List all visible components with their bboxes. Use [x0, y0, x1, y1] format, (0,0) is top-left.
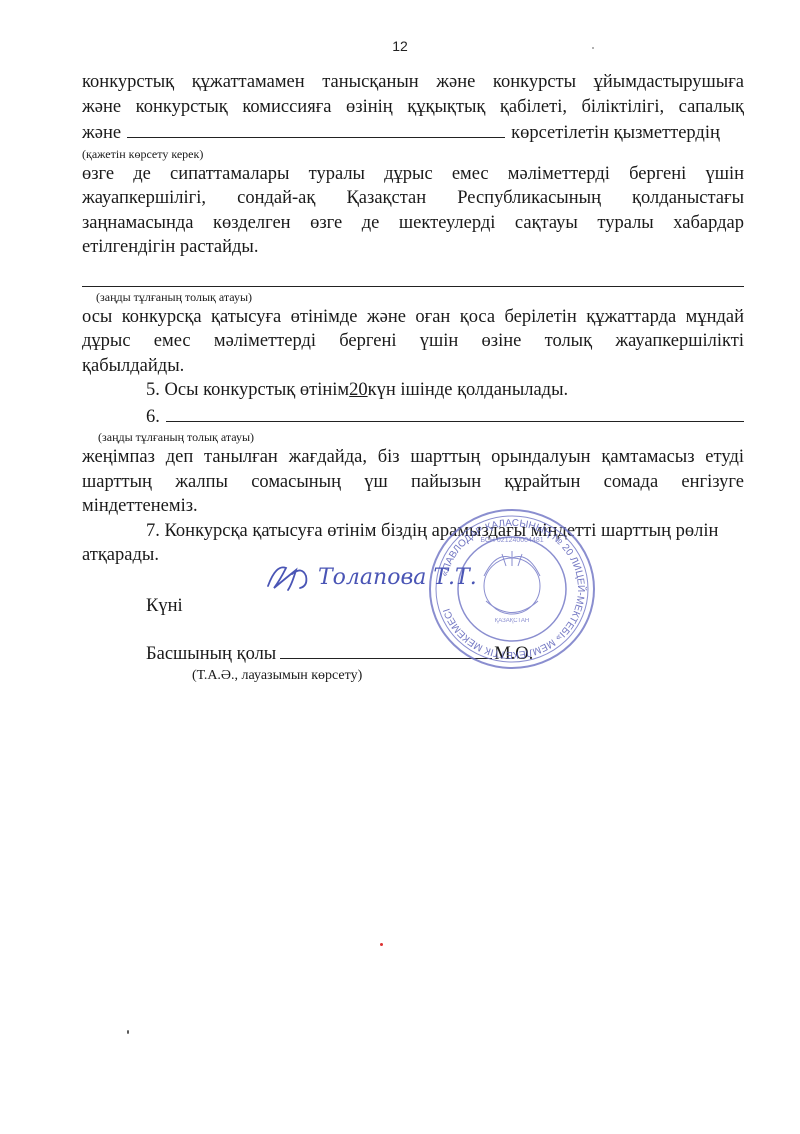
blank-field [166, 403, 744, 422]
text-line: конкурстық құжаттамамен танысқанын және … [82, 70, 744, 95]
stray-mark [592, 47, 594, 49]
text: күн ішінде қолданылады. [368, 380, 569, 400]
stray-mark [380, 943, 383, 946]
handwritten-signature: Толапова Т.Т. [262, 558, 498, 599]
field-hint: (заңды тұлғаның толық атауы) [82, 289, 744, 305]
text-line: қабылдайды. [82, 354, 744, 379]
signature-hint: (Т.А.Ә., лауазымын көрсету) [82, 667, 744, 685]
text-line: жеңімпаз деп танылған жағдайда, біз шарт… [82, 445, 744, 470]
text: және [82, 121, 121, 146]
item-5: 5. Осы конкурстық өтінім20күн ішінде қол… [82, 378, 744, 403]
days-value: 20 [349, 380, 368, 400]
field-hint: (қажетін көрсету керек) [82, 146, 744, 162]
text-line: және конкурстық комиссияға өзінің құқықт… [82, 95, 744, 120]
signature-line: Басшының қолы М.О. [82, 640, 744, 667]
field-hint: (заңды тұлғаның толық атауы) [82, 429, 744, 445]
svg-text:ҚАЗАҚСТАН: ҚАЗАҚСТАН [495, 618, 530, 624]
text-line: 7. Конкурсқа қатысуға өтінім біздің арам… [82, 519, 744, 544]
text-line: етілгендігін растайды. [82, 235, 744, 260]
text-line-with-blank: және көрсетілетін қызметтердің [82, 119, 744, 146]
item-6: 6. [82, 403, 744, 430]
text: 5. Осы конкурстық өтінім [146, 380, 349, 400]
text-line: міндеттенеміз. [82, 494, 744, 519]
text-line: жауапкершілігі, сондай-ақ Қазақстан Респ… [82, 186, 744, 211]
text-line: осы конкурсқа қатысуға өтінімде және оға… [82, 305, 744, 330]
text-line: дұрыс емес мәліметтерді бергені үшін өзі… [82, 329, 744, 354]
legal-entity-blank [82, 264, 744, 287]
svg-text:БСН 021240004481: БСН 021240004481 [480, 537, 543, 544]
text: көрсетілетін қызметтердің [511, 121, 720, 146]
text-line: заңнамасында көзделген өзге де шектеулер… [82, 211, 744, 236]
text: 6. [146, 405, 160, 430]
page-number: 12 [0, 38, 800, 54]
blank-field [127, 119, 505, 138]
stray-mark [127, 1030, 129, 1034]
text-line: шарттың жалпы сомасының үш пайызын құрай… [82, 470, 744, 495]
text-line: өзге де сипаттамалары туралы дұрыс емес … [82, 162, 744, 187]
signature-label: Басшының қолы [146, 642, 276, 667]
svg-text:Толапова Т.Т.: Толапова Т.Т. [318, 565, 477, 590]
